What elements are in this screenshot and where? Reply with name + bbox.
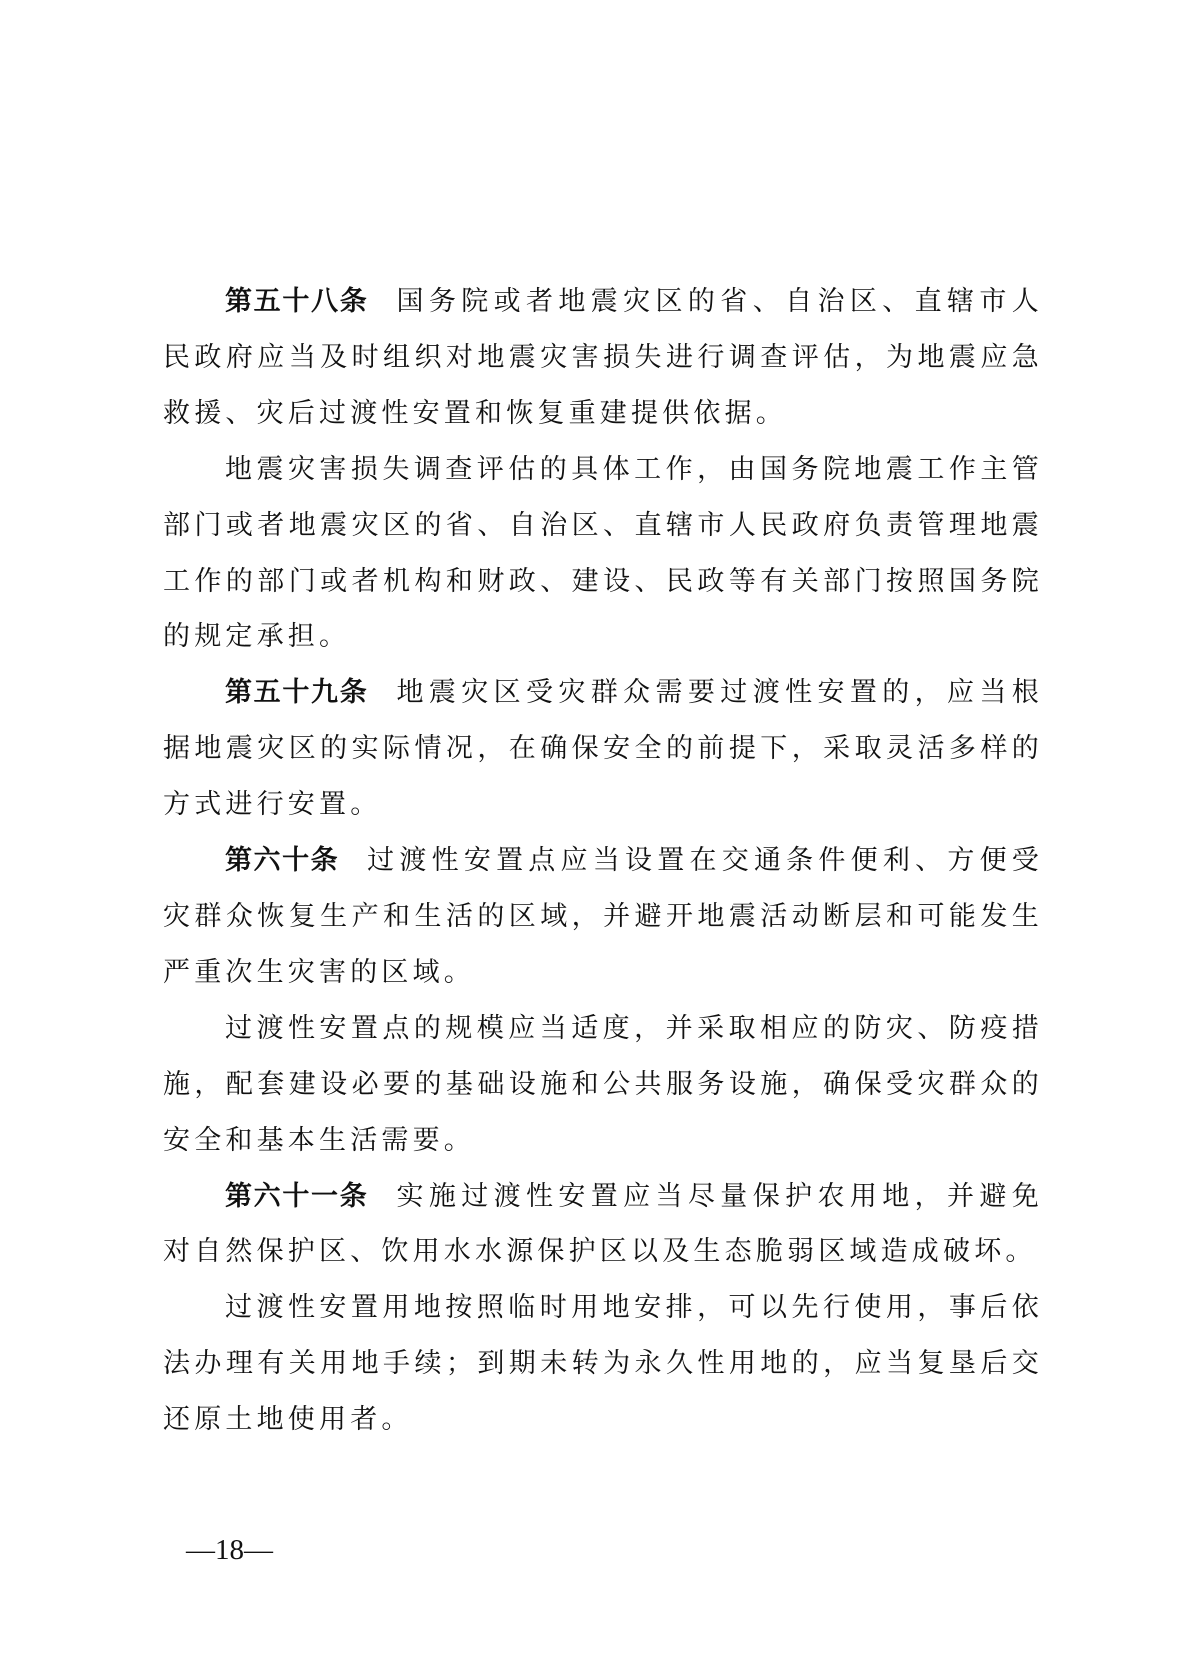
paragraph-text: 地震灾害损失调查评估的具体工作，由国务院地震工作主管部门或者地震灾区的省、自治区… bbox=[163, 454, 1043, 653]
article-58-paragraph: 第五十八条国务院或者地震灾区的省、自治区、直辖市人民政府应当及时组织对地震灾害损… bbox=[163, 274, 1043, 442]
article-59-paragraph: 第五十九条地震灾区受灾群众需要过渡性安置的，应当根据地震灾区的实际情况，在确保安… bbox=[163, 665, 1043, 833]
article-58-paragraph-2: 地震灾害损失调查评估的具体工作，由国务院地震工作主管部门或者地震灾区的省、自治区… bbox=[163, 442, 1043, 666]
article-number: 第五十八条 bbox=[225, 286, 368, 317]
page-number: —18— bbox=[186, 1534, 273, 1567]
document-page: 第五十八条国务院或者地震灾区的省、自治区、直辖市人民政府应当及时组织对地震灾害损… bbox=[0, 0, 1185, 1678]
article-number: 第六十一条 bbox=[225, 1181, 368, 1212]
article-number: 第六十条 bbox=[225, 845, 339, 876]
article-61-paragraph: 第六十一条实施过渡性安置应当尽量保护农用地，并避免对自然保护区、饮用水水源保护区… bbox=[163, 1169, 1043, 1281]
document-body: 第五十八条国务院或者地震灾区的省、自治区、直辖市人民政府应当及时组织对地震灾害损… bbox=[163, 274, 1043, 1448]
article-60-paragraph-2: 过渡性安置点的规模应当适度，并采取相应的防灾、防疫措施，配套建设必要的基础设施和… bbox=[163, 1001, 1043, 1169]
paragraph-text: 过渡性安置用地按照临时用地安排，可以先行使用，事后依法办理有关用地手续；到期未转… bbox=[163, 1292, 1043, 1435]
article-number: 第五十九条 bbox=[225, 677, 368, 708]
paragraph-text: 过渡性安置点的规模应当适度，并采取相应的防灾、防疫措施，配套建设必要的基础设施和… bbox=[163, 1013, 1043, 1156]
article-61-paragraph-2: 过渡性安置用地按照临时用地安排，可以先行使用，事后依法办理有关用地手续；到期未转… bbox=[163, 1280, 1043, 1448]
article-60-paragraph: 第六十条过渡性安置点应当设置在交通条件便利、方便受灾群众恢复生产和生活的区域，并… bbox=[163, 833, 1043, 1001]
